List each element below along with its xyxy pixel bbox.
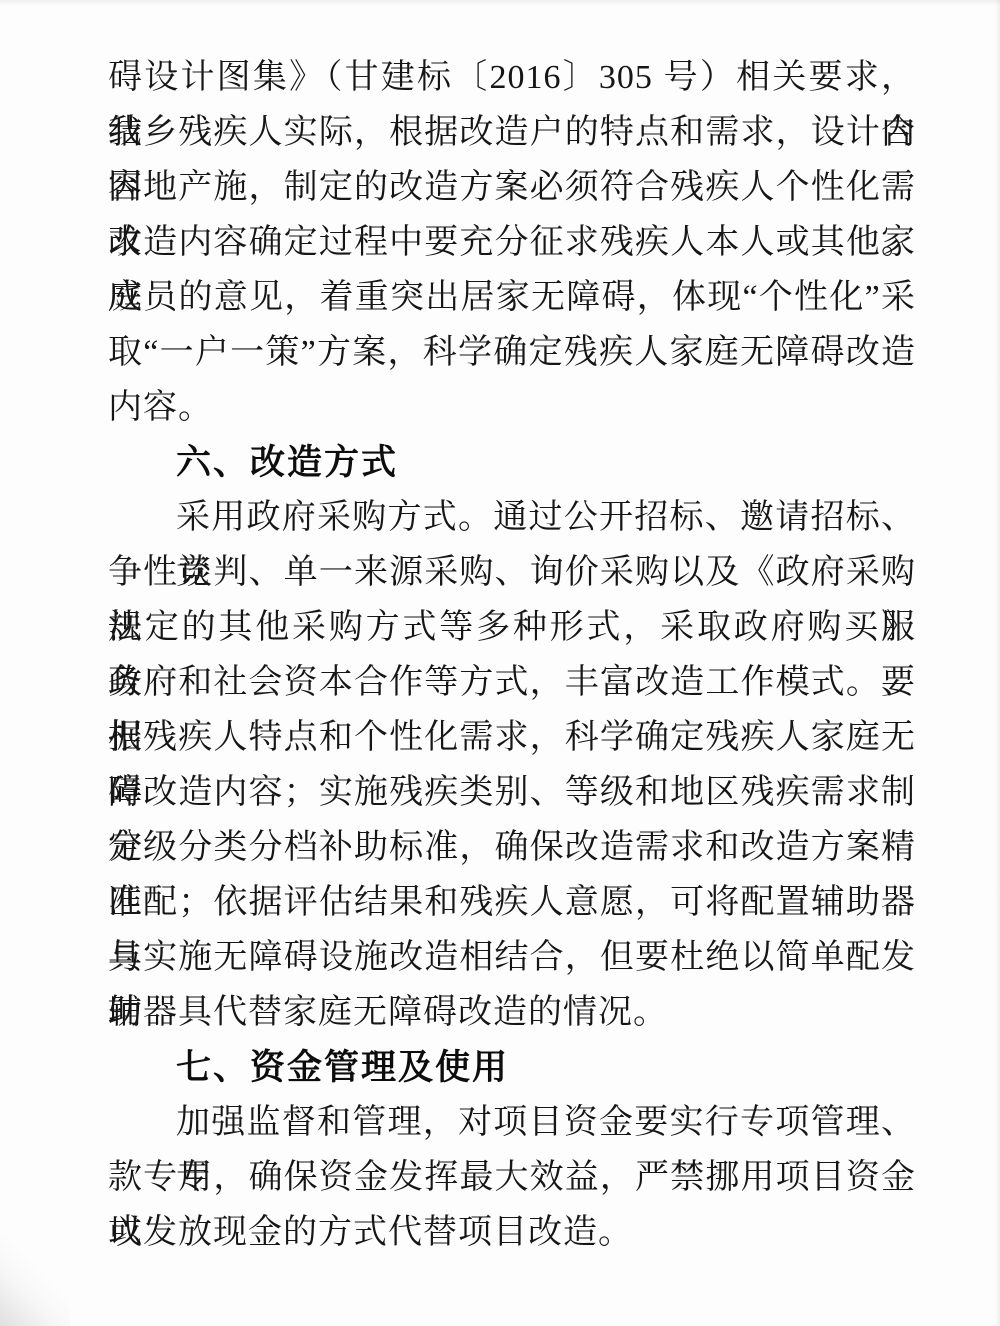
scan-smudge-bottom-left (0, 1236, 70, 1326)
text-line: 匹配；依据评估结果和残疾人意愿，可将配置辅助器具 (108, 875, 916, 930)
text-line: 取“一户一策”方案，科学确定残疾人家庭无障碍改造 (108, 325, 916, 380)
scan-edge-shadow-right (995, 0, 1000, 1326)
text-line: 争性谈判、单一来源采购、询价采购以及《政府采购法》 (108, 545, 916, 600)
text-line: 款专用，确保资金发挥最大效益，严禁挪用项目资金或 (108, 1150, 916, 1205)
text-line-indented: 加强监督和管理，对项目资金要实行专项管理、专 (108, 1095, 916, 1150)
scan-edge-shadow-top (0, 0, 1000, 6)
document-page: 碍设计图集》（甘建标〔2016〕305 号）相关要求，结合 我乡残疾人实际，根据… (0, 0, 1000, 1326)
text-line: 因地产施，制定的改造方案必须符合残疾人个性化需求。 (108, 160, 916, 215)
text-line: 据残疾人特点和个性化需求，科学确定残疾人家庭无障 (108, 710, 916, 765)
text-line: 规定的其他采购方式等多种形式，采取政府购买服务、 (108, 600, 916, 655)
text-line: 碍设计图集》（甘建标〔2016〕305 号）相关要求，结合 (108, 50, 916, 105)
text-line-paragraph-end: 以发放现金的方式代替项目改造。 (108, 1205, 916, 1260)
text-line: 分级分类分档补助标准，确保改造需求和改造方案精准 (108, 820, 916, 875)
text-line-paragraph-end: 助器具代替家庭无障碍改造的情况。 (108, 985, 916, 1040)
text-line: 成员的意见，着重突出居家无障碍，体现“个性化”采 (108, 270, 916, 325)
section-heading-six: 六、改造方式 (108, 435, 916, 490)
text-line: 改造内容确定过程中要充分征求残疾人本人或其他家庭 (108, 215, 916, 270)
text-line-paragraph-end: 内容。 (108, 380, 916, 435)
text-line: 碍改造内容；实施残疾类别、等级和地区残疾需求制定 (108, 765, 916, 820)
document-body: 碍设计图集》（甘建标〔2016〕305 号）相关要求，结合 我乡残疾人实际，根据… (108, 50, 916, 1260)
text-line: 政府和社会资本合作等方式，丰富改造工作模式。要根 (108, 655, 916, 710)
text-line-indented: 采用政府采购方式。通过公开招标、邀请招标、竞 (108, 490, 916, 545)
text-line: 与实施无障碍设施改造相结合，但要杜绝以简单配发辅 (108, 930, 916, 985)
section-heading-seven: 七、资金管理及使用 (108, 1040, 916, 1095)
text-line: 我乡残疾人实际，根据改造户的特点和需求，设计内容 (108, 105, 916, 160)
